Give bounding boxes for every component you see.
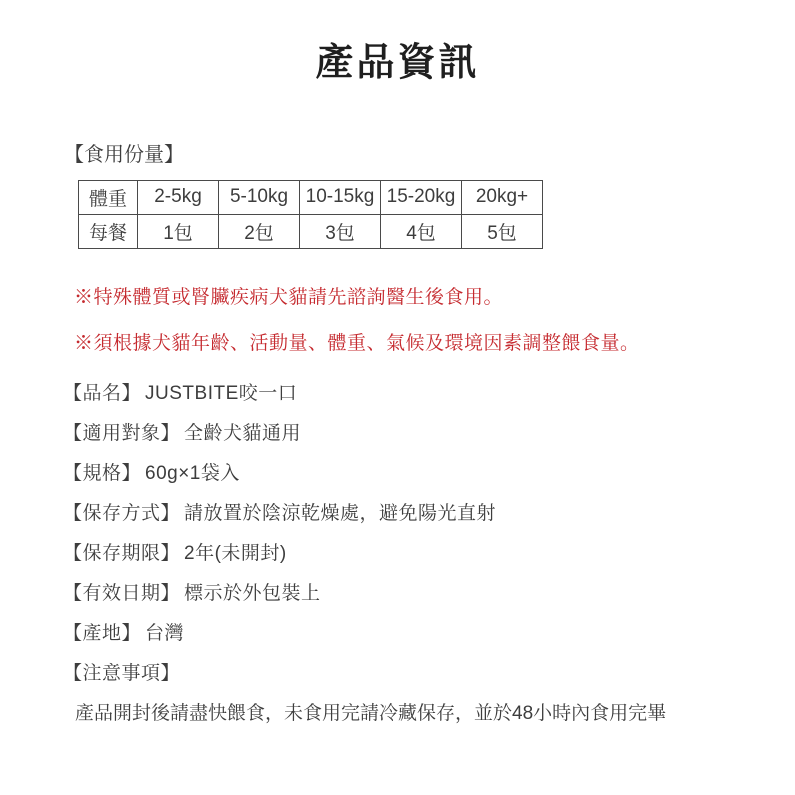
detail-label: 【適用對象】 [63, 423, 180, 444]
detail-value: 60g×1袋入 [145, 463, 240, 484]
table-cell-portion-3: 3包 [300, 214, 381, 248]
table-cell-portion-4: 4包 [381, 214, 462, 248]
detail-label: 【保存方式】 [63, 503, 180, 524]
detail-line-origin: 【產地】台灣 [63, 614, 795, 654]
detail-line-expiry-date: 【有效日期】標示於外包裝上 [63, 574, 795, 614]
table-row-portion: 每餐 1包 2包 3包 4包 5包 [79, 214, 543, 248]
detail-line-target: 【適用對象】全齡犬貓通用 [63, 414, 795, 454]
detail-label: 【保存期限】 [63, 543, 180, 564]
detail-label: 【規格】 [63, 463, 141, 484]
serving-table: 體重 2-5kg 5-10kg 10-15kg 15-20kg 20kg+ 每餐… [78, 180, 543, 249]
notice-text: 產品開封後請盡快餵食，未食用完請冷藏保存，並於48小時內食用完畢 [75, 694, 795, 734]
detail-line-spec: 【規格】60g×1袋入 [63, 454, 795, 494]
warning-special-condition: ※特殊體質或腎臟疾病犬貓請先諮詢醫生後食用。 [74, 287, 795, 310]
detail-value: 台灣 [145, 623, 184, 644]
detail-line-product-name: 【品名】JUSTBITE咬一口 [63, 374, 795, 414]
table-cell-weight-header: 體重 [79, 180, 138, 214]
warning-adjust-feeding: ※須根據犬貓年齡、活動量、體重、氣候及環境因素調整餵食量。 [74, 333, 795, 356]
detail-line-notice-header: 【注意事項】 [63, 654, 795, 694]
product-info-page: 產品資訊 【食用份量】 體重 2-5kg 5-10kg 10-15kg 15-2… [0, 0, 795, 795]
table-cell-weight-1: 2-5kg [138, 180, 219, 214]
table-cell-weight-4: 15-20kg [381, 180, 462, 214]
table-row-weight: 體重 2-5kg 5-10kg 10-15kg 15-20kg 20kg+ [79, 180, 543, 214]
table-cell-weight-2: 5-10kg [219, 180, 300, 214]
table-cell-weight-5: 20kg+ [462, 180, 543, 214]
detail-value: 2年(未開封) [184, 543, 287, 564]
detail-value: JUSTBITE咬一口 [145, 383, 297, 404]
detail-line-shelf-life: 【保存期限】2年(未開封) [63, 534, 795, 574]
detail-line-storage-method: 【保存方式】請放置於陰涼乾燥處，避免陽光直射 [63, 494, 795, 534]
table-cell-portion-1: 1包 [138, 214, 219, 248]
detail-label: 【產地】 [63, 623, 141, 644]
page-title: 產品資訊 [0, 0, 795, 86]
detail-value: 全齡犬貓通用 [184, 423, 301, 444]
product-details-list: 【品名】JUSTBITE咬一口 【適用對象】全齡犬貓通用 【規格】60g×1袋入… [63, 374, 795, 734]
table-cell-portion-header: 每餐 [79, 214, 138, 248]
table-cell-weight-3: 10-15kg [300, 180, 381, 214]
table-cell-portion-5: 5包 [462, 214, 543, 248]
detail-label: 【有效日期】 [63, 583, 180, 604]
detail-value: 請放置於陰涼乾燥處，避免陽光直射 [184, 503, 496, 524]
detail-label: 【品名】 [63, 383, 141, 404]
detail-value: 標示於外包裝上 [184, 583, 321, 604]
serving-section-label: 【食用份量】 [64, 138, 795, 167]
table-cell-portion-2: 2包 [219, 214, 300, 248]
detail-label: 【注意事項】 [63, 663, 180, 684]
